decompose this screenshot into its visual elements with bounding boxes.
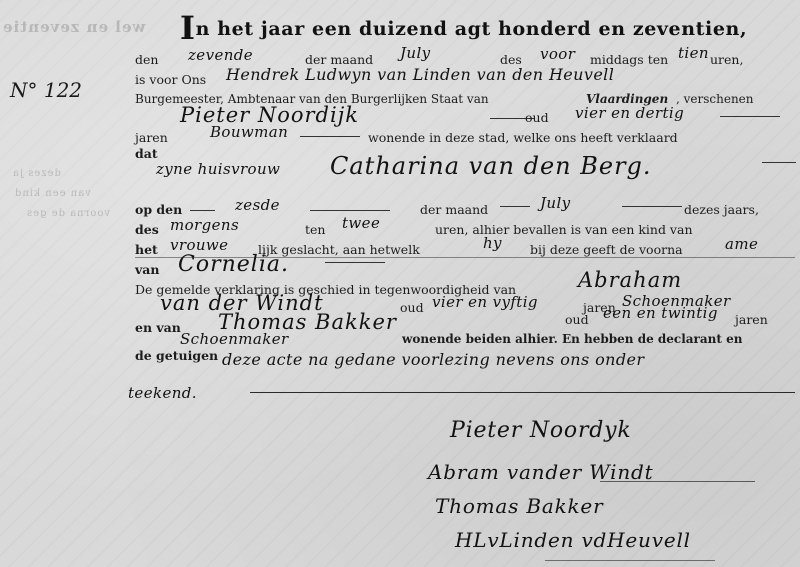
label-den: den bbox=[135, 52, 158, 67]
handwritten-witness2-age: een en twintig bbox=[603, 304, 718, 322]
title-text: n het jaar een duizend agt honderd en ze… bbox=[196, 18, 748, 40]
handwritten-pronoun: hy bbox=[483, 234, 502, 252]
bleed-through-text: voorna de ges bbox=[26, 208, 110, 219]
handwritten-child-name: Cornelia. bbox=[178, 252, 289, 277]
handwritten-mother: Catharina van den Berg. bbox=[330, 152, 652, 180]
handwritten-birth-hour: twee bbox=[342, 214, 380, 232]
label-des-2: des bbox=[135, 222, 159, 237]
closing-rule bbox=[250, 392, 795, 393]
fill-line bbox=[190, 210, 215, 211]
label-wonende-beiden: wonende beiden alhier. En hebben de decl… bbox=[402, 332, 742, 346]
label-oud-2: oud bbox=[400, 300, 424, 315]
bleed-through-text: van een kind bbox=[14, 188, 91, 199]
handwritten-hour: tien bbox=[678, 44, 709, 62]
label-jaren-3: jaren bbox=[735, 312, 768, 327]
signature-official: HLvLinden vdHeuvell bbox=[455, 528, 691, 552]
handwritten-birth-month: July bbox=[540, 194, 571, 212]
signature-underline bbox=[545, 560, 715, 561]
label-ten: ten bbox=[305, 222, 325, 237]
label-uren: uren, bbox=[710, 52, 743, 67]
fill-line bbox=[325, 262, 385, 263]
label-uren-alhier: uren, alhier bevallen is van een kind va… bbox=[435, 222, 693, 237]
fill-line bbox=[622, 206, 682, 207]
handwritten-suffix: ame bbox=[725, 235, 758, 253]
bleed-through-text: wel en zeventie bbox=[2, 18, 145, 36]
scanned-birth-record: wel en zeventie dezes ja van een kind vo… bbox=[0, 0, 800, 567]
label-het: het bbox=[135, 242, 158, 257]
handwritten-witness1-first: Abraham bbox=[578, 268, 682, 292]
handwritten-relation: zyne huisvrouw bbox=[156, 160, 280, 178]
handwritten-age: vier en dertig bbox=[575, 104, 684, 122]
fill-line bbox=[300, 136, 360, 137]
handwritten-witness1-age: vier en vyftig bbox=[432, 293, 538, 311]
fill-line bbox=[500, 206, 530, 207]
label-en-van: en van bbox=[135, 320, 181, 335]
label-bij-deze: bij deze geeft de voorna bbox=[530, 242, 683, 257]
label-van: van bbox=[135, 262, 159, 277]
fill-line bbox=[762, 162, 796, 163]
handwritten-month: July bbox=[400, 44, 431, 62]
signature-witness-2: Thomas Bakker bbox=[435, 494, 603, 518]
label-dezes-jaars: dezes jaars, bbox=[684, 202, 759, 217]
handwritten-closing: deze acte na gedane voorlezing nevens on… bbox=[222, 350, 644, 369]
label-oud: oud bbox=[525, 110, 549, 125]
label-op-den: op den bbox=[135, 202, 182, 217]
section-rule bbox=[135, 257, 795, 258]
fill-line bbox=[310, 210, 390, 211]
label-verschenen: , verschenen bbox=[676, 92, 754, 106]
handwritten-time-of-day: morgens bbox=[170, 216, 239, 234]
signature-underline bbox=[600, 481, 755, 482]
handwritten-birth-day: zesde bbox=[235, 196, 280, 214]
bleed-through-text: dezes ja bbox=[12, 168, 61, 179]
label-jaren: jaren bbox=[135, 130, 168, 145]
label-der-maand-2: der maand bbox=[420, 202, 488, 217]
record-number: N° 122 bbox=[10, 78, 82, 102]
handwritten-day: zevende bbox=[188, 46, 253, 64]
handwritten-witness2-occupation: Schoenmaker bbox=[180, 330, 289, 348]
record-number-label: N° bbox=[10, 78, 38, 102]
label-dat: dat bbox=[135, 146, 158, 161]
handwritten-official-name: Hendrek Ludwyn van Linden van den Heuvel… bbox=[226, 65, 614, 84]
handwritten-teekend: teekend. bbox=[128, 384, 197, 402]
title-initial: I bbox=[180, 9, 196, 47]
handwritten-ampm: voor bbox=[540, 45, 575, 63]
signature-declarant: Pieter Noordyk bbox=[450, 418, 632, 443]
label-wonende: wonende in deze stad, welke ons heeft ve… bbox=[368, 130, 678, 145]
fill-line bbox=[720, 116, 780, 117]
label-is-voor-ons: is voor Ons bbox=[135, 72, 206, 87]
document-title: In het jaar een duizend agt honderd en z… bbox=[180, 18, 747, 40]
label-de-getuigen: de getuigen bbox=[135, 348, 218, 363]
record-number-value: 122 bbox=[44, 78, 82, 102]
handwritten-occupation: Bouwman bbox=[210, 123, 288, 141]
label-oud-3: oud bbox=[565, 312, 589, 327]
